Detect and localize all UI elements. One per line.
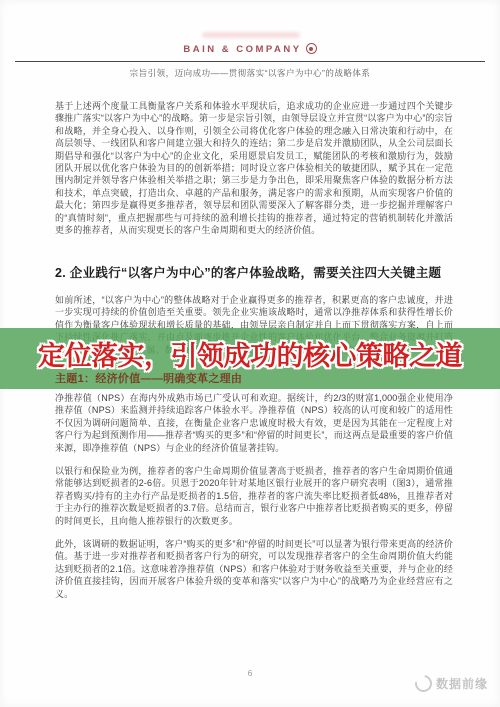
report-page: BAIN & COMPANY 宗旨引领，迈向成功——贯彻落实“以客户为中心”的战… [0,0,500,707]
brand-wordmark: BAIN & COMPANY [183,44,301,55]
watermark-logo-icon [412,672,436,696]
faint-red-artifact [202,32,300,38]
watermark-label: 数据前缘 [436,675,488,692]
bain-compass-icon [306,43,317,54]
header-divider [15,61,485,62]
body-paragraph-4: 以银行和保险业为例，推荐者的客户生命周期价值显著高于贬损者，推荐者的客户生命周期… [55,465,453,527]
section-heading-2: 2. 企业践行“以客户为中心”的客户体验战略，需要关注四大关键主题 [55,263,453,281]
body-paragraph-5: 此外，该调研的数据证明，客户“购买的更多”和“停留的时间更长”可以显著为银行带来… [55,538,453,600]
brand-header: BAIN & COMPANY [0,43,500,55]
body-paragraph-3: 净推荐值（NPS）在海内外成熟市场已广受认可和欢迎。据统计，约2/3的财富1,0… [55,392,453,454]
running-title: 宗旨引领，迈向成功——贯彻落实“以客户为中心”的战略体系 [0,67,500,79]
banner-overlay-text: 定位落实，引领成功的核心策略之道 [0,334,500,373]
watermark: 数据前缘 [415,675,488,692]
body-paragraph-1: 基于上述两个度量工具衡量客户关系和体验水平现状后，追求成功的企业应进一步通过四个… [55,100,453,236]
